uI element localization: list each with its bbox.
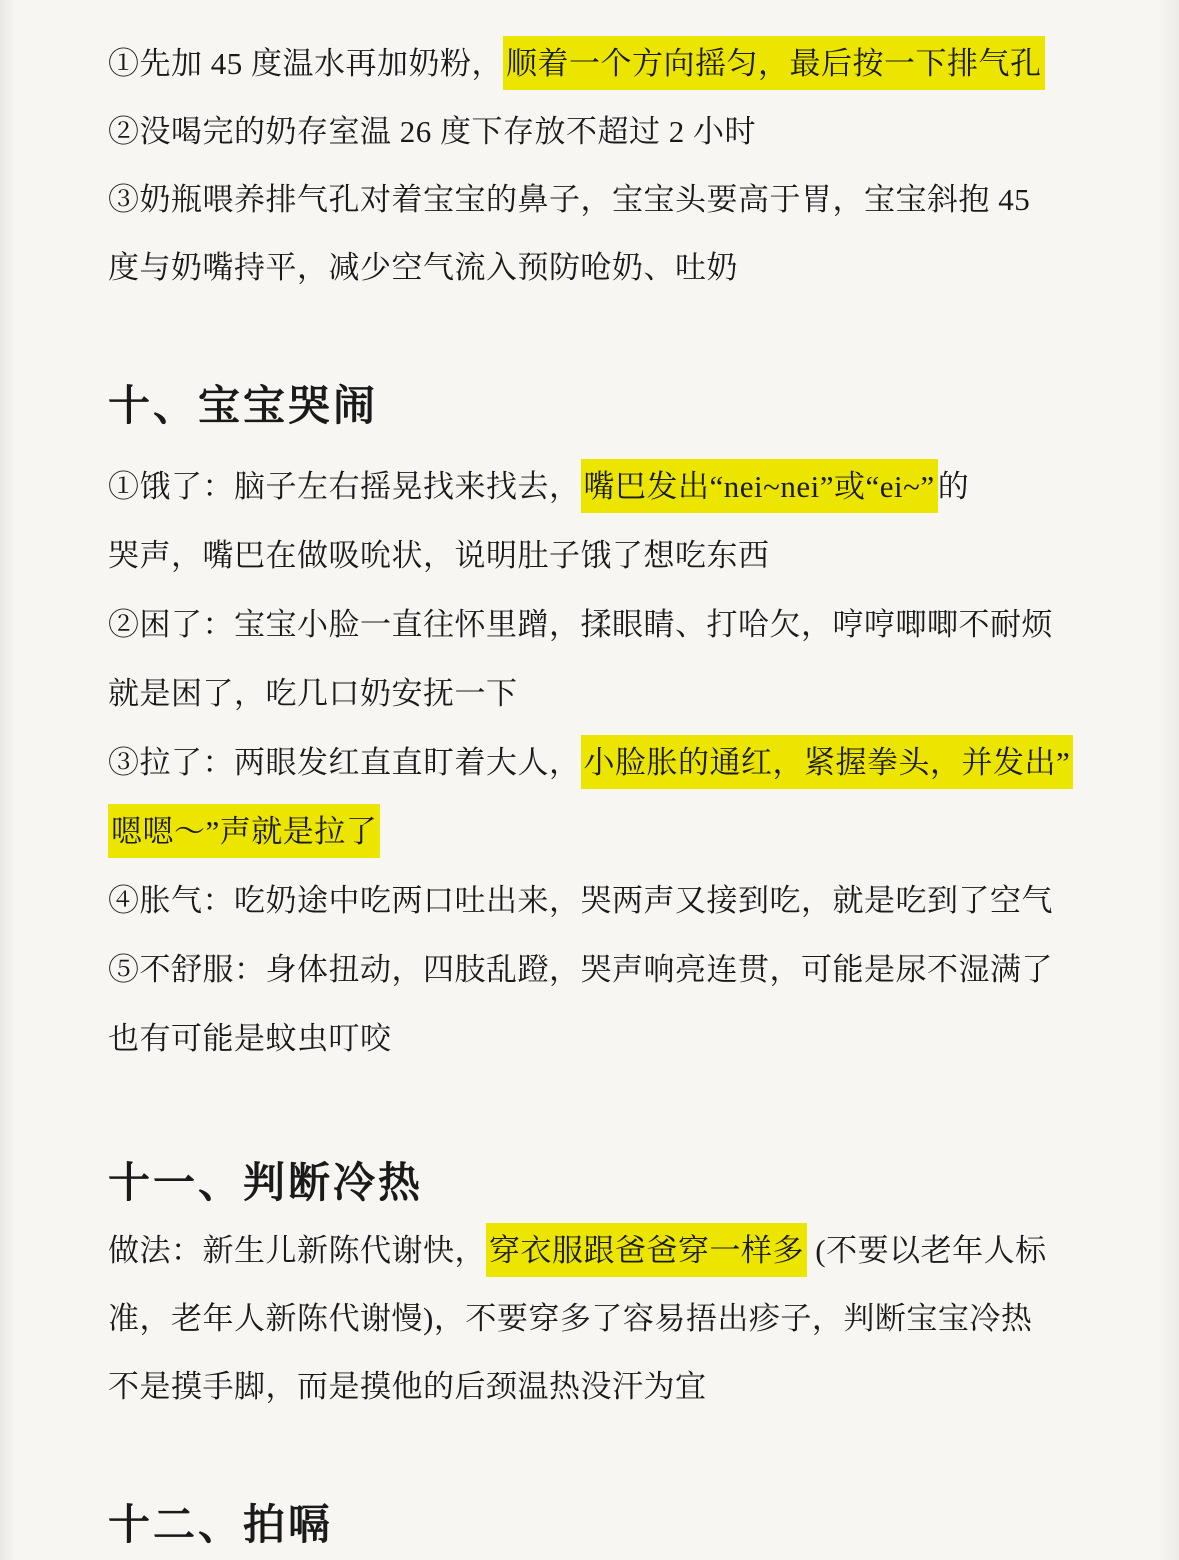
text-segment: ⑤不舒服：身体扭动，四肢乱蹬，哭声响亮连贯，可能是尿不湿满了 — [108, 952, 1053, 987]
text-segment: ③奶瓶喂养排气孔对着宝宝的鼻子，宝宝头要高于胃，宝宝斜抱 45 — [108, 182, 1030, 217]
text-segment: 不是摸手脚，而是摸他的后颈温热没汗为宜 — [108, 1369, 707, 1404]
text-line: ②没喝完的奶存室温 26 度下存放不超过 2 小时 — [108, 98, 1071, 166]
text-line: 做法：新生儿新陈代谢快，穿衣服跟爸爸穿一样多 (不要以老年人标 — [108, 1217, 1071, 1285]
highlighted-text: 小脸胀的通红，紧握拳头，并发出” — [581, 735, 1074, 789]
text-line: ①饿了：脑子左右摇晃找来找去，嘴巴发出“nei~nei”或“ei~”的 — [108, 452, 1071, 521]
text-line: ①先加 45 度温水再加奶粉，顺着一个方向摇匀，最后按一下排气孔 — [108, 30, 1071, 98]
text-segment: ②困了：宝宝小脸一直往怀里蹭，揉眼睛、打哈欠，哼哼唧唧不耐烦 — [108, 607, 1053, 642]
text-segment: ①饿了：脑子左右摇晃找来找去， — [108, 469, 581, 504]
feeding-tips-block: ①先加 45 度温水再加奶粉，顺着一个方向摇匀，最后按一下排气孔 ②没喝完的奶存… — [108, 30, 1071, 302]
highlighted-text: 穿衣服跟爸爸穿一样多 — [486, 1223, 807, 1277]
highlighted-text: 顺着一个方向摇匀，最后按一下排气孔 — [503, 36, 1045, 90]
temperature-section-block: 做法：新生儿新陈代谢快，穿衣服跟爸爸穿一样多 (不要以老年人标 准，老年人新陈代… — [108, 1217, 1071, 1421]
highlighted-text: 嘴巴发出“nei~nei”或“ei~” — [581, 459, 938, 513]
text-line: 哭声，嘴巴在做吸吮状，说明肚子饿了想吃东西 — [108, 521, 1071, 590]
text-line: 度与奶嘴持平，减少空气流入预防呛奶、吐奶 — [108, 234, 1071, 302]
text-line: ②困了：宝宝小脸一直往怀里蹭，揉眼睛、打哈欠，哼哼唧唧不耐烦 — [108, 590, 1071, 659]
text-line: ③拉了：两眼发红直直盯着大人，小脸胀的通红，紧握拳头，并发出” — [108, 728, 1071, 797]
document-page: ①先加 45 度温水再加奶粉，顺着一个方向摇匀，最后按一下排气孔 ②没喝完的奶存… — [0, 0, 1179, 1560]
crying-section-block: ①饿了：脑子左右摇晃找来找去，嘴巴发出“nei~nei”或“ei~”的 哭声，嘴… — [108, 452, 1071, 1073]
text-line: ③奶瓶喂养排气孔对着宝宝的鼻子，宝宝头要高于胃，宝宝斜抱 45 — [108, 166, 1071, 234]
text-segment: 也有可能是蚊虫叮咬 — [108, 1021, 392, 1056]
text-segment: 哭声，嘴巴在做吸吮状，说明肚子饿了想吃东西 — [108, 538, 770, 573]
text-segment: ④胀气：吃奶途中吃两口吐出来，哭两声又接到吃，就是吃到了空气 — [108, 883, 1053, 918]
text-segment: ③拉了：两眼发红直直盯着大人， — [108, 745, 581, 780]
text-segment: ②没喝完的奶存室温 26 度下存放不超过 2 小时 — [108, 114, 756, 149]
text-segment: (不要以老年人标 — [807, 1233, 1047, 1268]
text-line: 就是困了，吃几口奶安抚一下 — [108, 659, 1071, 728]
text-line: 嗯嗯～”声就是拉了 — [108, 797, 1071, 866]
text-line: ⑤不舒服：身体扭动，四肢乱蹬，哭声响亮连贯，可能是尿不湿满了 — [108, 935, 1071, 1004]
section-heading-burping: 十二、拍嗝 — [108, 1499, 1071, 1551]
highlighted-text: 嗯嗯～”声就是拉了 — [108, 804, 380, 858]
text-segment: 度与奶嘴持平，减少空气流入预防呛奶、吐奶 — [108, 250, 738, 285]
text-line: 准，老年人新陈代谢慢)，不要穿多了容易捂出疹子，判断宝宝冷热 — [108, 1285, 1071, 1353]
text-segment: 的 — [938, 469, 970, 504]
text-segment: ①先加 45 度温水再加奶粉， — [108, 46, 503, 81]
text-line: 也有可能是蚊虫叮咬 — [108, 1004, 1071, 1073]
text-segment: 就是困了，吃几口奶安抚一下 — [108, 676, 518, 711]
text-segment: 做法：新生儿新陈代谢快， — [108, 1233, 486, 1268]
text-line: 不是摸手脚，而是摸他的后颈温热没汗为宜 — [108, 1353, 1071, 1421]
section-heading-temperature: 十一、判断冷热 — [108, 1157, 1071, 1209]
section-heading-crying: 十、宝宝哭闹 — [108, 380, 1071, 432]
text-line: ④胀气：吃奶途中吃两口吐出来，哭两声又接到吃，就是吃到了空气 — [108, 866, 1071, 935]
text-segment: 准，老年人新陈代谢慢)，不要穿多了容易捂出疹子，判断宝宝冷热 — [108, 1301, 1032, 1336]
